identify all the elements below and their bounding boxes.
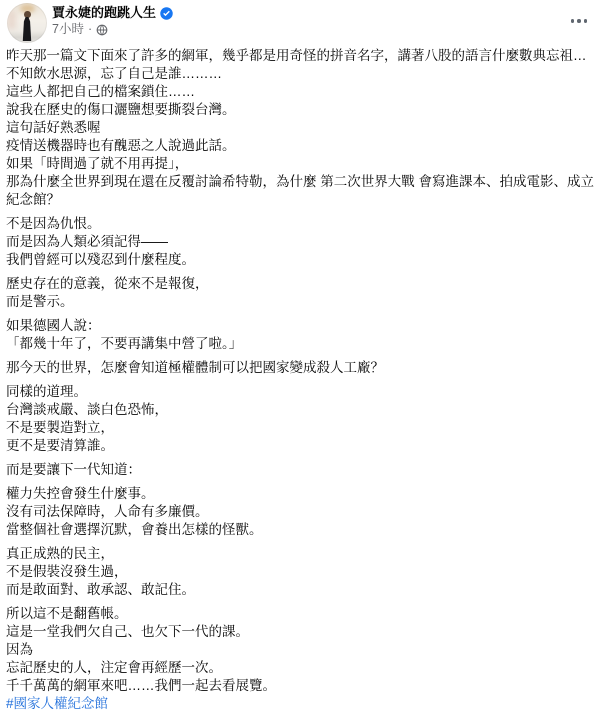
- meta-separator: ·: [88, 22, 92, 37]
- post-text-line: 紀念館？: [6, 191, 602, 209]
- post-paragraph: 權力失控會發生什麼事。沒有司法保障時，人命有多廉價。當整個社會選擇沉默，會養出怎…: [6, 485, 602, 539]
- post-paragraph: 那今天的世界，怎麼會知道極權體制可以把國家變成殺人工廠？: [6, 359, 602, 377]
- avatar-figure-head: [24, 11, 31, 18]
- post-meta: 7小時 ·: [52, 22, 108, 37]
- post-text-line: 忘記歷史的人，注定會再經歷一次。: [6, 659, 602, 677]
- page-name[interactable]: 賈永婕的跑跳人生: [52, 5, 156, 21]
- facebook-post: 賈永婕的跑跳人生 7小時 · 昨天那一篇文下面來了許多的網軍，幾乎都是: [0, 0, 607, 723]
- post-text-line: 昨天那一篇文下面來了許多的網軍，幾乎都是用奇怪的拼音名字，講著八股的語言什麼數典…: [6, 47, 602, 65]
- post-text-line: 不知飲水思源，忘了自己是誰………: [6, 65, 602, 83]
- post-text-line: 歷史存在的意義，從來不是報復，: [6, 275, 602, 293]
- post-text-line: 而是因為人類必須記得——: [6, 233, 602, 251]
- post-text-line: 不是要製造對立，: [6, 419, 602, 437]
- post-text-line: 不是假裝沒發生過，: [6, 563, 602, 581]
- avatar[interactable]: [7, 3, 47, 43]
- post-paragraph: 真正成熟的民主，不是假裝沒發生過，而是敢面對、敢承認、敢記住。: [6, 545, 602, 599]
- post-text-line: 這是一堂我們欠自己、也欠下一代的課。: [6, 623, 602, 641]
- post-text-line: 真正成熟的民主，: [6, 545, 602, 563]
- post-text-line: 說我在歷史的傷口灑鹽想要撕裂台灣。: [6, 101, 602, 119]
- post-timestamp[interactable]: 7小時: [52, 22, 84, 37]
- post-paragraph: 不是因為仇恨。而是因為人類必須記得——我們曾經可以殘忍到什麼程度。: [6, 215, 602, 269]
- post-text-line: 這句話好熟悉喔: [6, 119, 602, 137]
- post-text-line: 沒有司法保障時，人命有多廉價。: [6, 503, 602, 521]
- hashtag-link[interactable]: #國家人權紀念館: [6, 695, 602, 713]
- post-text-line: 當整個社會選擇沉默，會養出怎樣的怪獸。: [6, 521, 602, 539]
- post-text-line: 台灣談戒嚴、談白色恐怖，: [6, 401, 602, 419]
- post-options-button[interactable]: [565, 10, 593, 32]
- post-paragraph: 同樣的道理。台灣談戒嚴、談白色恐怖，不是要製造對立，更不是要清算誰。: [6, 383, 602, 455]
- post-text-line: 如果「時間過了就不用再提」，: [6, 155, 602, 173]
- post-text-line: 疫情送機器時也有醜惡之人說過此話。: [6, 137, 602, 155]
- post-text-line: 而是要讓下一代知道：: [6, 461, 602, 479]
- post-paragraph: 所以這不是翻舊帳。這是一堂我們欠自己、也欠下一代的課。因為忘記歷史的人，注定會再…: [6, 605, 602, 695]
- post-text-line: 那為什麼全世界到現在還在反覆討論希特勒，為什麼 第二次世界大戰 會寫進課本、拍成…: [6, 173, 602, 191]
- avatar-photo-shade: [7, 11, 16, 29]
- verified-badge-icon: [160, 7, 173, 20]
- post-body: 昨天那一篇文下面來了許多的網軍，幾乎都是用奇怪的拼音名字，講著八股的語言什麼數典…: [6, 47, 602, 713]
- post-text-line: 不是因為仇恨。: [6, 215, 602, 233]
- post-paragraph: 歷史存在的意義，從來不是報復，而是警示。: [6, 275, 602, 311]
- post-paragraph: 昨天那一篇文下面來了許多的網軍，幾乎都是用奇怪的拼音名字，講著八股的語言什麼數典…: [6, 47, 602, 209]
- page-name-row: 賈永婕的跑跳人生: [52, 5, 173, 21]
- post-text-line: 如果德國人說：: [6, 317, 602, 335]
- post-text-line: 因為: [6, 641, 602, 659]
- post-text-line: 更不是要清算誰。: [6, 437, 602, 455]
- post-text-line: 我們曾經可以殘忍到什麼程度。: [6, 251, 602, 269]
- post-text-line: 而是警示。: [6, 293, 602, 311]
- post-paragraph: 如果德國人說：「都幾十年了，不要再講集中營了啦。」: [6, 317, 602, 353]
- post-header: 賈永婕的跑跳人生 7小時 ·: [0, 0, 607, 47]
- post-text-line: 而是敢面對、敢承認、敢記住。: [6, 581, 602, 599]
- post-text-line: 同樣的道理。: [6, 383, 602, 401]
- post-text-line: 權力失控會發生什麼事。: [6, 485, 602, 503]
- post-text-line: 那今天的世界，怎麼會知道極權體制可以把國家變成殺人工廠？: [6, 359, 602, 377]
- post-paragraph: 而是要讓下一代知道：: [6, 461, 602, 479]
- ellipsis-icon: [569, 19, 588, 23]
- post-text-line: 所以這不是翻舊帳。: [6, 605, 602, 623]
- post-text-line: 「都幾十年了，不要再講集中營了啦。」: [6, 335, 602, 353]
- globe-icon: [96, 24, 108, 36]
- avatar-figure-dress: [20, 17, 34, 41]
- post-text-line: 千千萬萬的網軍來吧……我們一起去看展覽。: [6, 677, 602, 695]
- post-text-line: 這些人都把自己的檔案鎖住……: [6, 83, 602, 101]
